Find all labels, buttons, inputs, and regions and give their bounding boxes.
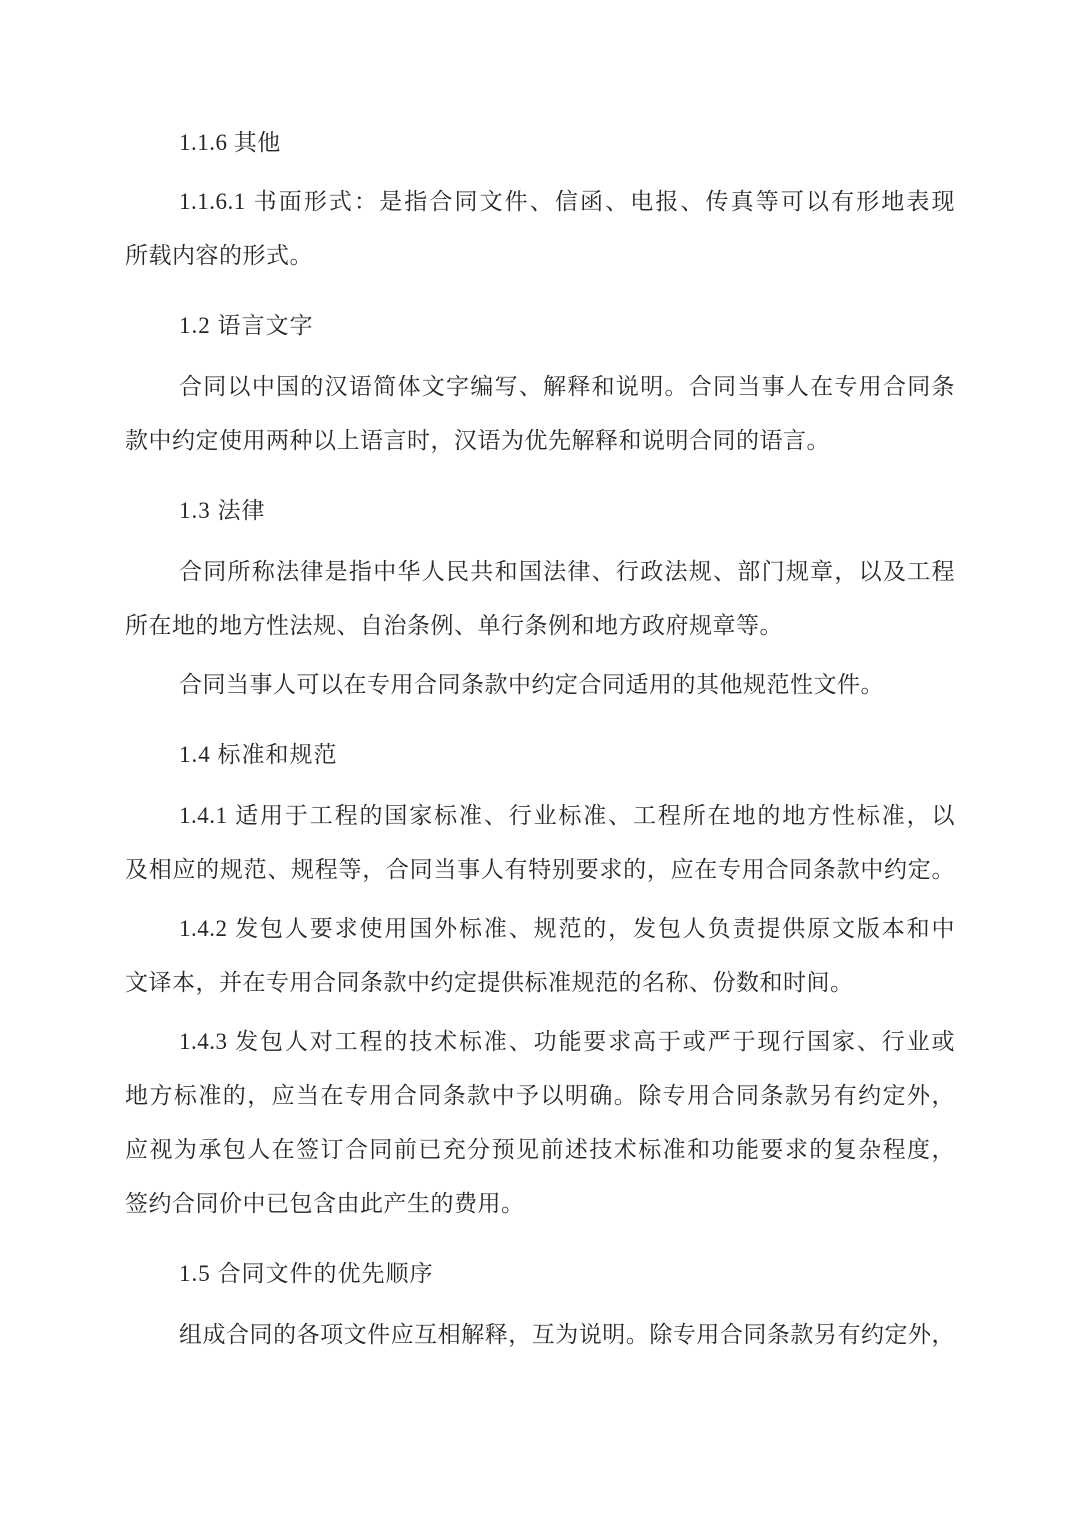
text-line: 合同当事人可以在专用合同条款中约定合同适用的其他规范性文件。 bbox=[125, 658, 955, 712]
heading-line: 1.4 标准和规范 bbox=[125, 728, 955, 782]
heading-line: 1.5 合同文件的优先顺序 bbox=[125, 1247, 955, 1301]
paragraph: 合同所称法律是指中华人民共和国法律、行政法规、部门规章，以及工程所在地的地方性法… bbox=[125, 545, 955, 653]
paragraph: 1.1.6 其他 bbox=[125, 116, 955, 170]
document-page: 1.1.6 其他1.1.6.1 书面形式：是指合同文件、信函、电报、传真等可以有… bbox=[0, 0, 1074, 1520]
text-line: 地方标准的，应当在专用合同条款中予以明确。除专用合同条款另有约定外， bbox=[125, 1069, 955, 1123]
text-line: 合同所称法律是指中华人民共和国法律、行政法规、部门规章，以及工程 bbox=[125, 545, 955, 599]
clause-heading: 1.4 标准和规范 bbox=[125, 728, 955, 782]
text-line: 1.1.6.1 书面形式：是指合同文件、信函、电报、传真等可以有形地表现 bbox=[125, 175, 955, 229]
clause-heading: 1.3 法律 bbox=[125, 484, 955, 538]
paragraph: 1.4.1 适用于工程的国家标准、行业标准、工程所在地的地方性标准，以及相应的规… bbox=[125, 789, 955, 897]
text-line: 1.4.1 适用于工程的国家标准、行业标准、工程所在地的地方性标准，以 bbox=[125, 789, 955, 843]
text-line: 1.4.2 发包人要求使用国外标准、规范的，发包人负责提供原文版本和中 bbox=[125, 902, 955, 956]
paragraph: 组成合同的各项文件应互相解释，互为说明。除专用合同条款另有约定外， bbox=[125, 1308, 955, 1362]
text-line: 所在地的地方性法规、自治条例、单行条例和地方政府规章等。 bbox=[125, 599, 955, 653]
paragraph: 合同以中国的汉语简体文字编写、解释和说明。合同当事人在专用合同条款中约定使用两种… bbox=[125, 360, 955, 468]
paragraph: 1.4.3 发包人对工程的技术标准、功能要求高于或严于现行国家、行业或地方标准的… bbox=[125, 1015, 955, 1231]
text-line: 合同以中国的汉语简体文字编写、解释和说明。合同当事人在专用合同条 bbox=[125, 360, 955, 414]
heading-line: 1.3 法律 bbox=[125, 484, 955, 538]
clause-heading: 1.5 合同文件的优先顺序 bbox=[125, 1247, 955, 1301]
text-line: 应视为承包人在签订合同前已充分预见前述技术标准和功能要求的复杂程度， bbox=[125, 1123, 955, 1177]
paragraph: 1.4.2 发包人要求使用国外标准、规范的，发包人负责提供原文版本和中文译本，并… bbox=[125, 902, 955, 1010]
text-line: 及相应的规范、规程等，合同当事人有特别要求的，应在专用合同条款中约定。 bbox=[125, 843, 955, 897]
text-line: 1.1.6 其他 bbox=[125, 116, 955, 170]
text-line: 组成合同的各项文件应互相解释，互为说明。除专用合同条款另有约定外， bbox=[125, 1308, 955, 1362]
document-text-body: 1.1.6 其他1.1.6.1 书面形式：是指合同文件、信函、电报、传真等可以有… bbox=[125, 116, 955, 1362]
heading-line: 1.2 语言文字 bbox=[125, 299, 955, 353]
text-line: 1.4.3 发包人对工程的技术标准、功能要求高于或严于现行国家、行业或 bbox=[125, 1015, 955, 1069]
text-line: 签约合同价中已包含由此产生的费用。 bbox=[125, 1177, 955, 1231]
text-line: 所载内容的形式。 bbox=[125, 229, 955, 283]
text-line: 款中约定使用两种以上语言时，汉语为优先解释和说明合同的语言。 bbox=[125, 414, 955, 468]
paragraph: 1.1.6.1 书面形式：是指合同文件、信函、电报、传真等可以有形地表现所载内容… bbox=[125, 175, 955, 283]
text-line: 文译本，并在专用合同条款中约定提供标准规范的名称、份数和时间。 bbox=[125, 956, 955, 1010]
paragraph: 合同当事人可以在专用合同条款中约定合同适用的其他规范性文件。 bbox=[125, 658, 955, 712]
clause-heading: 1.2 语言文字 bbox=[125, 299, 955, 353]
